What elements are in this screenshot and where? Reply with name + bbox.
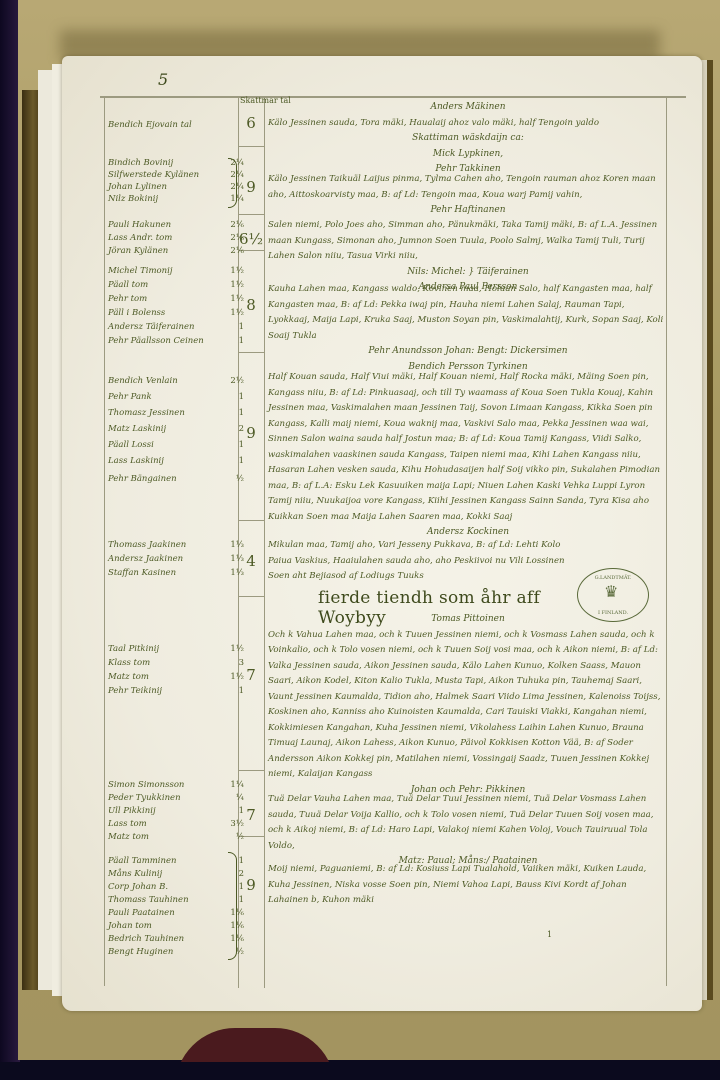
entry-text: Salen niemi, Polo Joes aho, Simman aho, …	[268, 218, 668, 265]
entry-text: Kälo Jessinen sauda, Tora mäki, Haualaij…	[268, 116, 668, 132]
name-entry: Bedrich Tauhinen1⅙	[108, 934, 244, 944]
name-entry: Silfwerstede Kylänen2¼	[108, 170, 244, 180]
name-entry: Simon Simonsson1¼	[108, 780, 244, 790]
name-entry: Pehr Bängainen½	[108, 474, 244, 484]
entry-block: Tuä Delar Vauha Lahen maa, Tuä Delar Tuu…	[268, 792, 668, 870]
entry-block: Kauha Lahen maa, Kangass waldo, Kovinen …	[268, 282, 668, 375]
name-entry: Päall tom1½	[108, 280, 244, 290]
name-entry: Pehr Päallsson Ceinen1	[108, 336, 244, 346]
left-margin-rule	[104, 96, 105, 986]
entry-text: Tuä Delar Vauha Lahen maa, Tuä Delar Tuu…	[268, 792, 668, 854]
name-entry: Thomass Jaakinen1⅓	[108, 540, 244, 550]
group-brace	[228, 158, 237, 208]
tally-value: 8	[238, 296, 264, 314]
entry-block: Half Kouan sauda, Half Viui mäki, Half K…	[268, 370, 668, 541]
name-entry: Pehr Teikinij1	[108, 686, 244, 696]
tally-value: 4	[238, 552, 264, 570]
tally-value: 6	[238, 114, 264, 132]
entry-text: Kälo Jessinen Taikuäl Laijus pinma, Tylm…	[268, 172, 668, 203]
tally-value: 9	[238, 876, 264, 894]
name-entry: Andersz Jaakinen1⅓	[108, 554, 244, 564]
name-entry: Päll i Bolenss1½	[108, 308, 244, 318]
entry-text: Moij niemi, Paguaniemi, B: af Ld: Kosius…	[268, 862, 668, 909]
tally-separator	[238, 214, 264, 215]
name-entry: Bendich Ejovain tal	[108, 120, 244, 130]
name-entry: Päall Lossi1	[108, 440, 244, 450]
entry-text: Kauha Lahen maa, Kangass waldo, Kovinen …	[268, 282, 668, 344]
name-entry: Pauli Hakunen2⅙	[108, 220, 244, 230]
name-entry: Michel Timonij1½	[108, 266, 244, 276]
tally-value: 7	[238, 806, 264, 824]
entry-block: Moij niemi, Paguaniemi, B: af Ld: Kosius…	[268, 862, 668, 909]
name-entry: Johan Lylinen2¼	[108, 182, 244, 192]
stamp-top-text: G.LANDTMÄT.	[578, 575, 648, 581]
tally-separator	[238, 146, 264, 147]
entry-block: Mikulan maa, Tamij aho, Vari Jesseny Puk…	[268, 538, 568, 585]
entry-block: Anders Mäkinen Kälo Jessinen sauda, Tora…	[268, 100, 668, 178]
name-entry: Lass tom3½	[108, 819, 244, 829]
entry-text: Mikulan maa, Tamij aho, Vari Jesseny Puk…	[268, 538, 568, 585]
group-brace	[228, 852, 237, 960]
name-entry: Corp Johan B.1	[108, 882, 244, 892]
top-rule	[100, 96, 686, 98]
name-entry: Nilz Bokinij1¼	[108, 194, 244, 204]
folio-number: 5	[158, 70, 168, 89]
entry-block: Tomas Pittoinen Och k Vahua Lahen maa, o…	[268, 612, 668, 798]
name-entry: Pehr tom1½	[108, 294, 244, 304]
name-entry: Andersz Täiferainen1	[108, 322, 244, 332]
name-entry: Måns Kulinij2	[108, 869, 244, 879]
name-entry: Thomass Tauhinen1	[108, 895, 244, 905]
entry-heading: Pehr Haftinanen	[268, 203, 668, 219]
entry-heading: Skattiman wäskdaijn ca:	[268, 131, 668, 147]
photo-frame-left	[0, 0, 20, 1080]
name-entry: Matz tom½	[108, 832, 244, 842]
entry-heading: Nils: Michel: } Täiferainen	[268, 265, 668, 281]
name-entry: Ull Pikkinij1	[108, 806, 244, 816]
name-entry: Jöran Kylänen2⅙	[108, 246, 244, 256]
name-entry: Johan tom1⅙	[108, 921, 244, 931]
tally-separator	[238, 352, 264, 353]
name-entry: Lass Laskinij1	[108, 456, 244, 466]
entry-heading: Pehr Anundsson Johan: Bengt: Dickersimen	[268, 344, 668, 360]
name-entry: Matz tom1½	[108, 672, 244, 682]
name-entry: Bindich Bovinij2¼	[108, 158, 244, 168]
tally-value: 9	[238, 178, 264, 196]
entry-heading: Mick Lypkinen,	[268, 147, 668, 163]
name-entry: Bengt Huginen½	[108, 947, 244, 957]
name-entry: Peder Tyukkinen¼	[108, 793, 244, 803]
name-entry: Thomasz Jessinen1	[108, 408, 244, 418]
entry-text: Och k Vahua Lahen maa, och k Tuuen Jessi…	[268, 628, 668, 783]
name-entry: Taal Pitkinij1½	[108, 644, 244, 654]
entry-block: Kälo Jessinen Taikuäl Laijus pinma, Tylm…	[268, 172, 668, 219]
name-entry: Klass tom3	[108, 658, 244, 668]
entry-heading: Anders Mäkinen	[268, 100, 668, 116]
double-headed-eagle-icon: ♛	[604, 582, 618, 601]
photo-frame-bottom	[0, 1062, 720, 1080]
tally-separator	[238, 520, 264, 521]
tally-value: 7	[238, 666, 264, 684]
tally-separator	[238, 596, 264, 597]
entry-heading: Tomas Pittoinen	[268, 612, 668, 628]
name-entry: Pauli Paatainen1⅙	[108, 908, 244, 918]
name-entry: Staffan Kasinen1⅓	[108, 568, 244, 578]
bottom-page-mark: 1	[547, 930, 552, 939]
entry-text: Half Kouan sauda, Half Viui mäki, Half K…	[268, 370, 668, 525]
name-entry: Matz Laskinij2	[108, 424, 244, 434]
name-entry: Lass Andr. tom2⅙	[108, 233, 244, 243]
name-entry: Bendich Venlain2½	[108, 376, 244, 386]
tally-separator	[238, 770, 264, 771]
tally-value: 6½	[238, 230, 264, 248]
tally-right-rule	[264, 96, 265, 988]
name-entry: Pehr Pank1	[108, 392, 244, 402]
tally-value: 9	[238, 424, 264, 442]
name-entry: Päall Tamminen1	[108, 856, 244, 866]
